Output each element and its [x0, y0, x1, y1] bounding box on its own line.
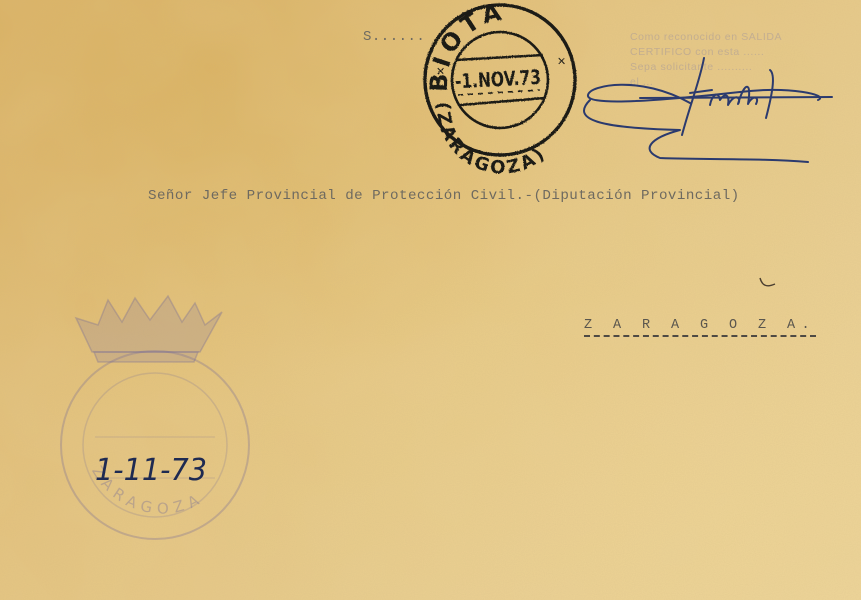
signature	[584, 58, 832, 162]
star-icon: ✕	[557, 55, 566, 68]
seal: ZARAGOZA 1-11-73	[61, 351, 249, 539]
handwritten-date: 1-11-73	[95, 453, 207, 488]
postmark-date: -1.NOV.73	[454, 65, 541, 93]
pencil-mark	[760, 278, 775, 286]
envelope: Como reconocido en SALIDA CERTIFICO con …	[0, 0, 861, 600]
postmark: BIOTA (ZARAGOZA) -1.NOV.73 ✕ ✕	[415, 0, 584, 179]
star-icon: ✕	[436, 65, 445, 78]
